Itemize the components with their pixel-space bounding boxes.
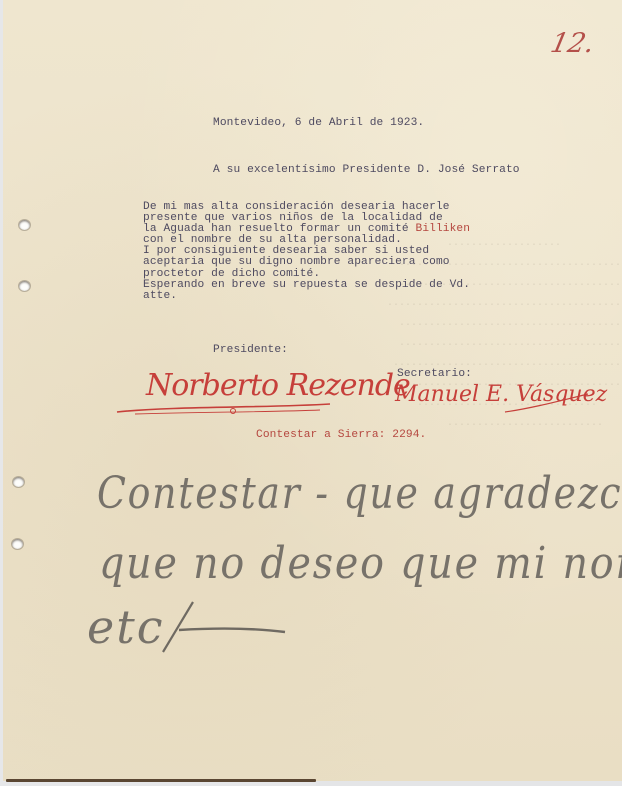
body-line: Esperando en breve su repuesta se despid… [143,280,470,291]
reply-address: Contestar a Sierra: 2294. [256,429,426,441]
page-bottom-edge [6,779,316,782]
body-line: atte. [143,291,470,302]
letter-body: De mi mas alta consideración desearia ha… [143,202,470,302]
pencil-stroke [153,598,293,658]
punch-hole [19,281,30,291]
signature-flourish-secretary [503,388,593,416]
letter-page: ................... ....................… [3,0,622,781]
punch-hole [12,539,23,549]
handwritten-note-line: que no deseo que mi nombre [99,538,622,589]
secretary-label: Secretario: [397,368,472,380]
handwritten-note-line: Contestar - que agradezco pero [97,468,622,519]
body-line: aceptaria que su digno nombre apareciera… [143,257,470,268]
punch-hole [13,477,24,487]
scan-background [316,781,622,786]
salutation: A su excelentísimo Presidente D. José Se… [213,164,520,176]
punch-hole [19,220,30,230]
folio-number: 12. [548,28,598,59]
signature-flourish [115,398,335,428]
dateline: Montevideo, 6 de Abril de 1923. [213,117,424,129]
body-line: proctetor de dicho comité. [143,269,470,280]
president-label: Presidente: [213,344,288,356]
highlighted-word: Billiken [416,223,471,235]
